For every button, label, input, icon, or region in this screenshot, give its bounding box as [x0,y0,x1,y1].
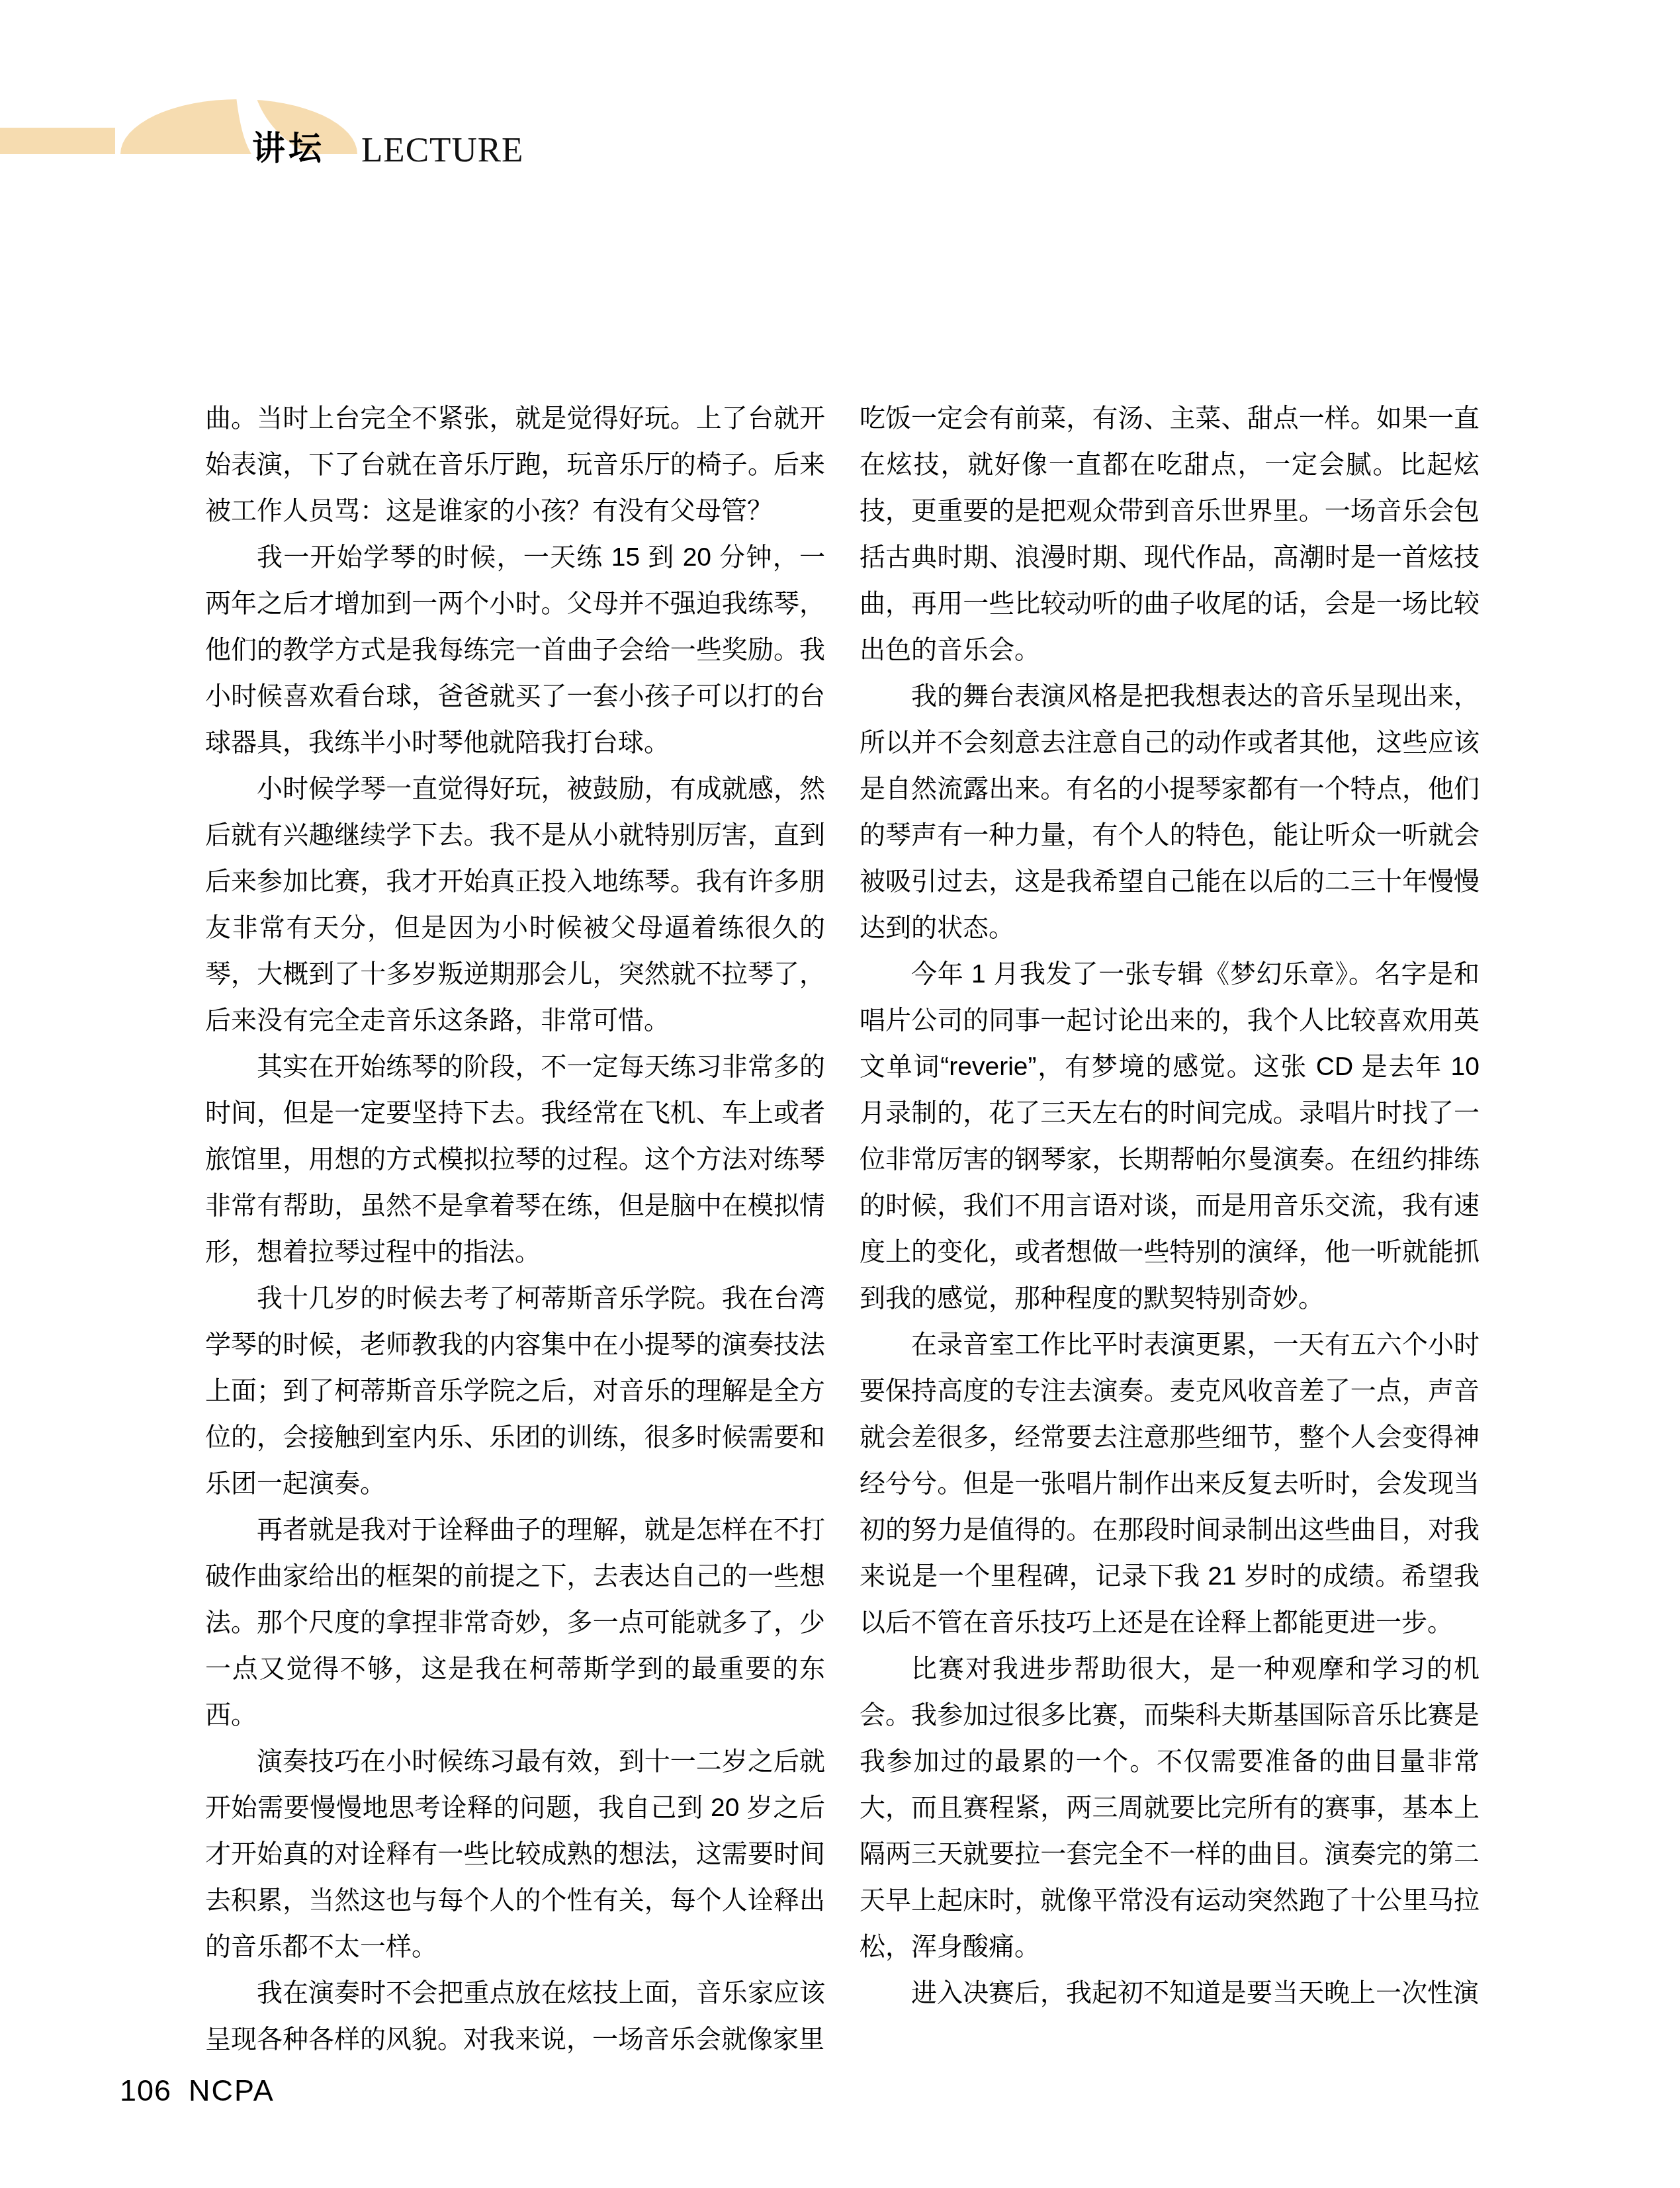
paragraph: 我一开始学琴的时候，一天练 15 到 20 分钟，一两年之后才增加到一两个小时。… [205,535,825,766]
paragraph: 演奏技巧在小时候练习最有效，到十一二岁之后就开始需要慢慢地思考诠释的问题，我自己… [205,1739,825,1970]
magazine-page: 讲坛 LECTURE 曲。当时上台完全不紧张，就是觉得好玩。上了台就开始表演，下… [0,0,1680,2188]
section-header-art [0,0,397,198]
page-number: 106 [120,2074,171,2107]
paragraph: 我在演奏时不会把重点放在炫技上面，音乐家应该呈现各种各样的风貌。对我来说，一场音… [205,1970,825,2063]
paragraph: 曲。当时上台完全不紧张，就是觉得好玩。上了台就开始表演，下了台就在音乐厅跑，玩音… [205,396,825,535]
left-text-column: 曲。当时上台完全不紧张，就是觉得好玩。上了台就开始表演，下了台就在音乐厅跑，玩音… [205,396,825,2063]
page-footer: 106NCPA [120,2076,275,2105]
paragraph: 比赛对我进步帮助很大，是一种观摩和学习的机会。我参加过很多比赛，而柴科夫斯基国际… [860,1646,1480,1970]
paragraph: 今年 1 月我发了一张专辑《梦幻乐章》。名字是和唱片公司的同事一起讨论出来的，我… [860,951,1480,1322]
right-text-column: 吃饭一定会有前菜，有汤、主菜、甜点一样。如果一直在炫技，就好像一直都在吃甜点，一… [860,396,1480,2017]
brand-label: NCPA [189,2074,275,2107]
paragraph: 我的舞台表演风格是把我想表达的音乐呈现出来，所以并不会刻意去注意自己的动作或者其… [860,674,1480,951]
paragraph: 吃饭一定会有前菜，有汤、主菜、甜点一样。如果一直在炫技，就好像一直都在吃甜点，一… [860,396,1480,674]
header-accent-bar [0,128,115,154]
section-title-en: LECTURE [361,133,523,168]
paragraph: 再者就是我对于诠释曲子的理解，就是怎样在不打破作曲家给出的框架的前提之下，去表达… [205,1507,825,1739]
paragraph: 我十几岁的时候去考了柯蒂斯音乐学院。我在台湾学琴的时候，老师教我的内容集中在小提… [205,1276,825,1507]
paragraph: 进入决赛后，我起初不知道是要当天晚上一次性演 [860,1970,1480,2017]
paragraph: 小时候学琴一直觉得好玩，被鼓励，有成就感，然后就有兴趣继续学下去。我不是从小就特… [205,766,825,1044]
section-title-zh: 讲坛 [252,132,325,165]
paragraph: 在录音室工作比平时表演更累，一天有五六个小时要保持高度的专注去演奏。麦克风收音差… [860,1322,1480,1646]
paragraph: 其实在开始练琴的阶段，不一定每天练习非常多的时间，但是一定要坚持下去。我经常在飞… [205,1044,825,1276]
